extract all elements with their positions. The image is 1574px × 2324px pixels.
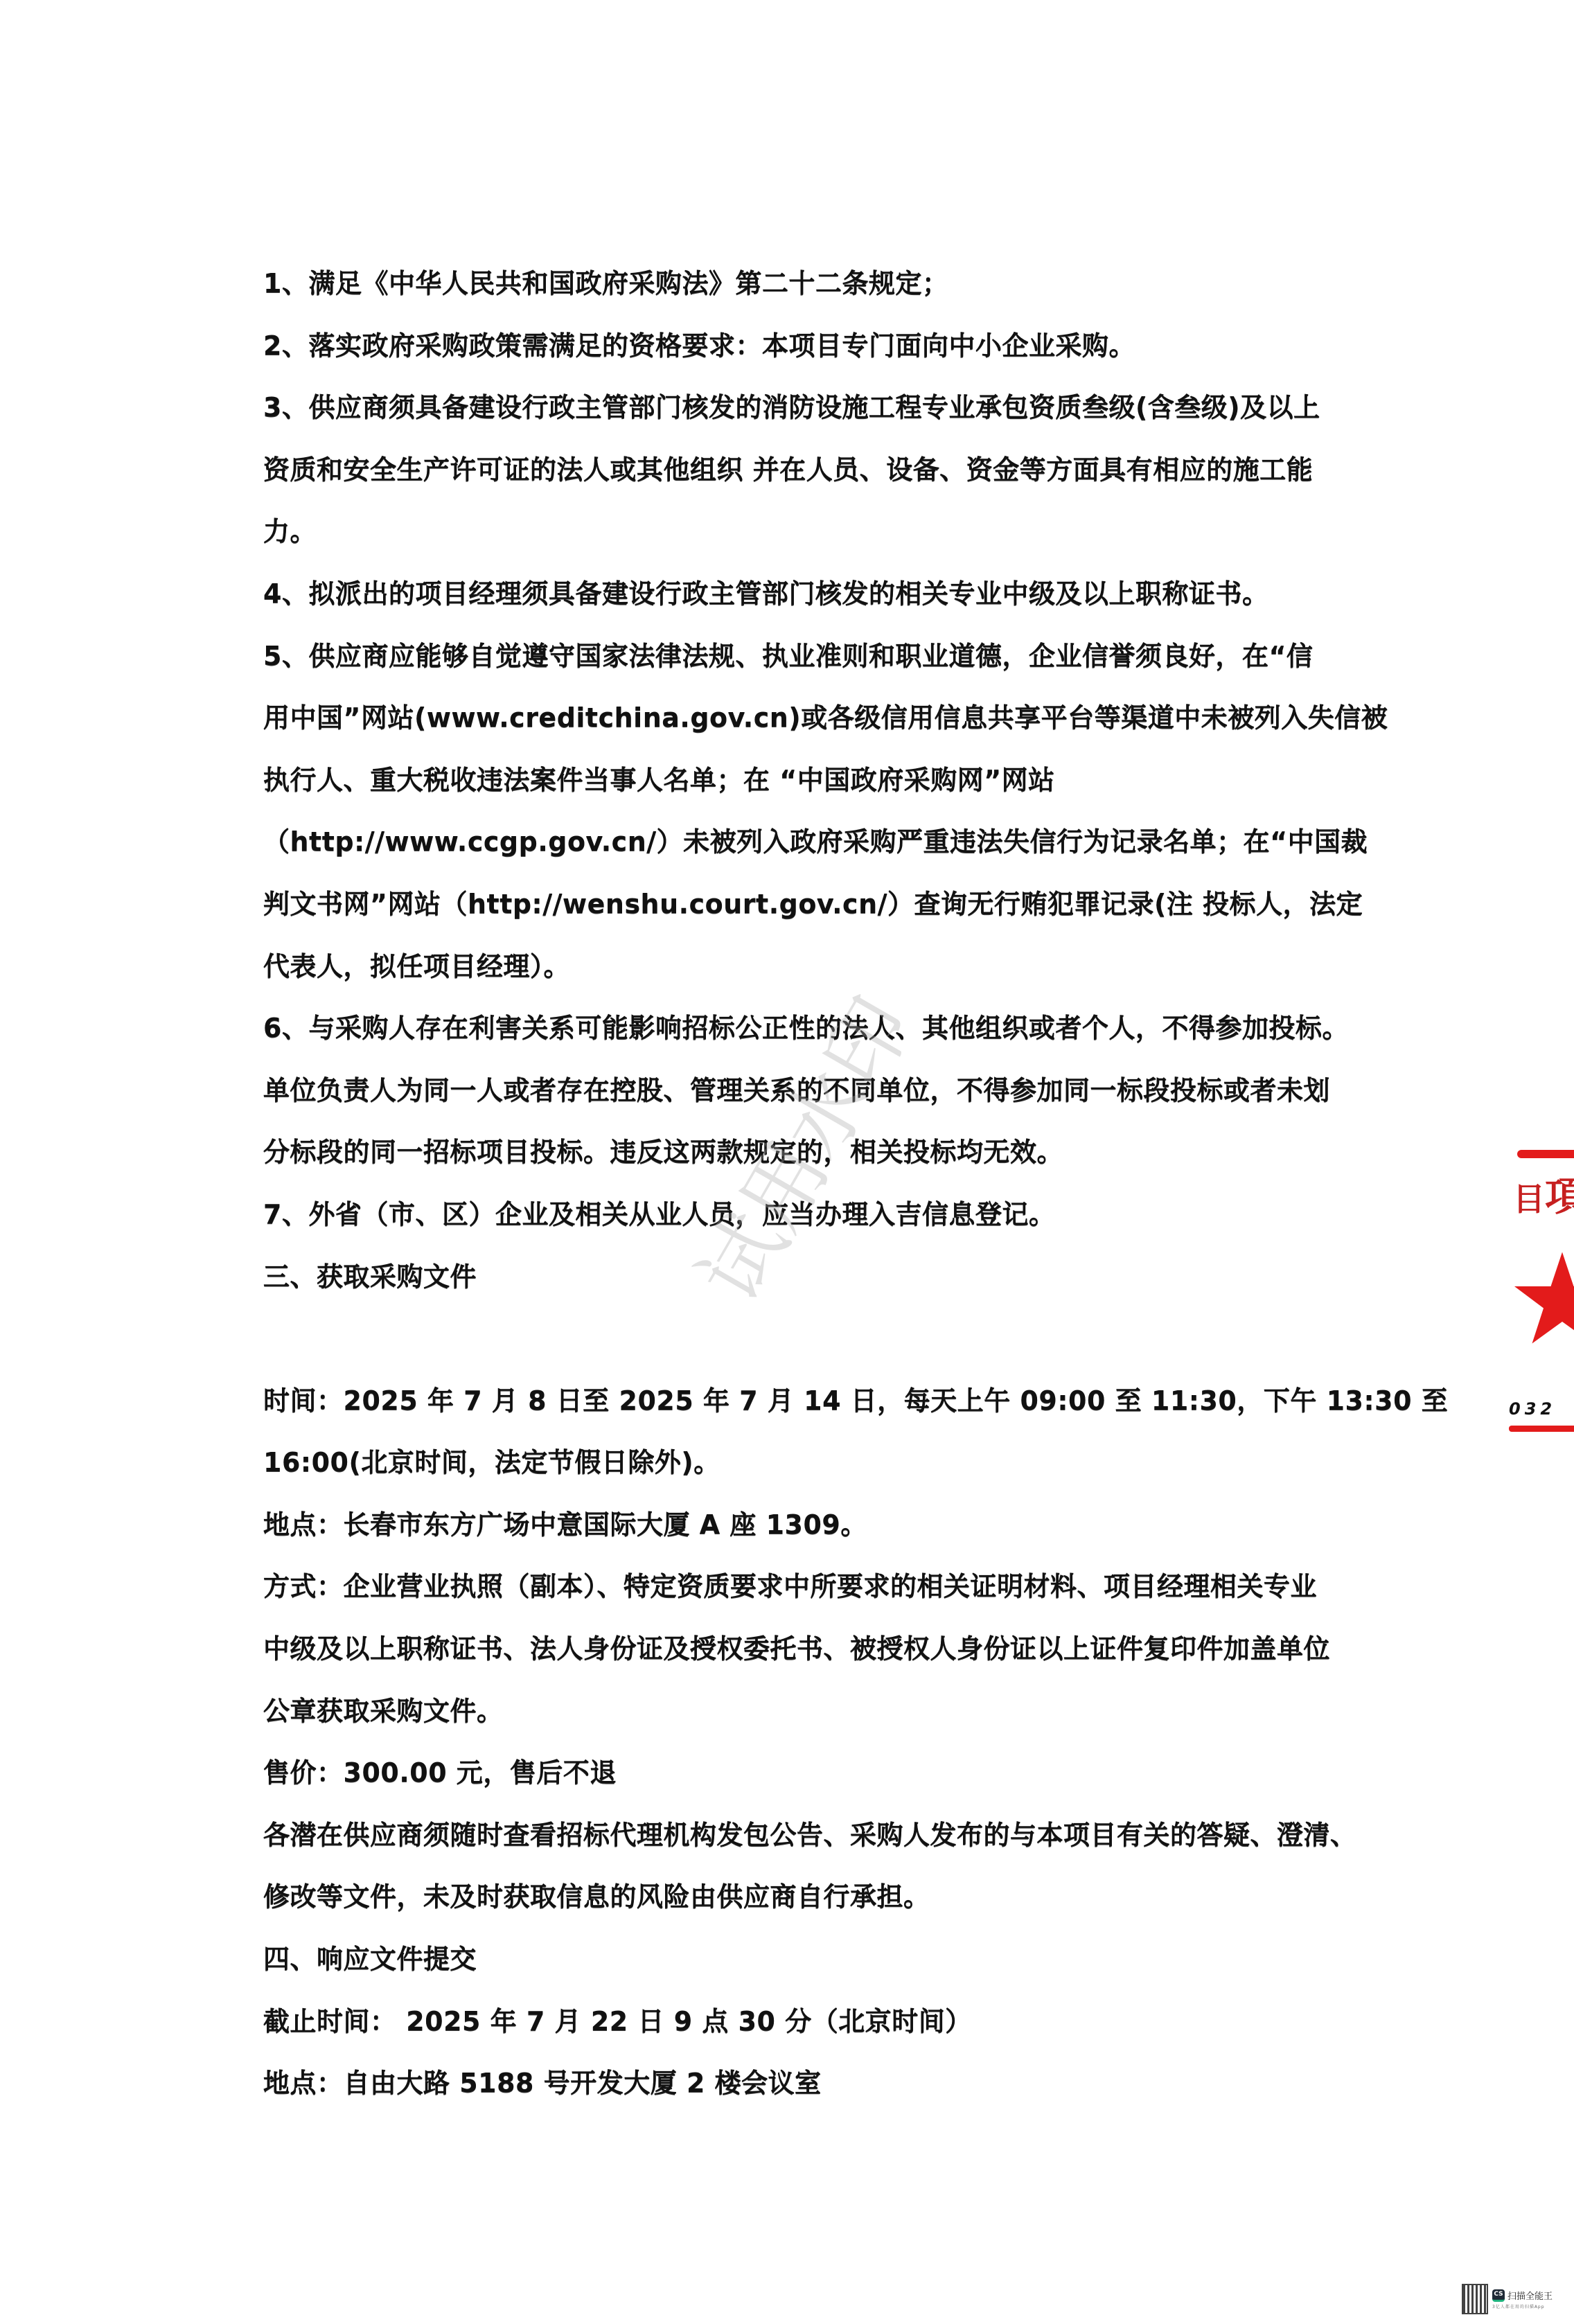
star-icon <box>1510 1247 1574 1351</box>
document-price: 售价：300.00 元，售后不退 <box>263 1742 1330 1804</box>
obtain-time-line-2: 16:00(北京时间，法定节假日除外)。 <box>263 1432 1330 1494</box>
blank-line <box>263 1308 1330 1370</box>
qualification-item-5-line-4: （http://www.ccgp.gov.cn/）未被列入政府采购严重违法失信行… <box>263 811 1330 873</box>
qualification-item-1: 1、满足《中华人民共和国政府采购法》第二十二条规定； <box>263 253 1330 315</box>
seal-text: 目項 <box>1513 1164 1574 1222</box>
camscanner-brand: CS 扫描全能王 3亿人都在用的扫描App <box>1492 2289 1553 2309</box>
qualification-item-6-line-1: 6、与采购人存在利害关系可能影响招标公正性的法人、其他组织或者个人，不得参加投标… <box>263 997 1330 1060</box>
obtain-method-line-3: 公章获取采购文件。 <box>263 1680 1330 1743</box>
camscanner-logo-icon: CS <box>1492 2289 1505 2302</box>
obtain-location: 地点：长春市东方广场中意国际大厦 A 座 1309。 <box>263 1494 1330 1556</box>
notice-line-1: 各潜在供应商须随时查看招标代理机构发包公告、采购人发布的与本项目有关的答疑、澄清… <box>263 1804 1330 1867</box>
qualification-item-6-line-2: 单位负责人为同一人或者存在控股、管理关系的不同单位，不得参加同一标段投标或者未划 <box>263 1060 1330 1122</box>
qualification-item-5-line-6: 代表人，拟任项目经理）。 <box>263 936 1330 998</box>
notice-line-2: 修改等文件，未及时获取信息的风险由供应商自行承担。 <box>263 1866 1330 1928</box>
qualification-item-5-line-5: 判文书网”网站（http://wenshu.court.gov.cn/）查询无行… <box>263 873 1330 936</box>
qualification-item-3-line-3: 力。 <box>263 501 1330 563</box>
obtain-time-line-1: 时间：2025 年 7 月 8 日至 2025 年 7 月 14 日，每天上午 … <box>263 1370 1330 1432</box>
submission-location: 地点：自由大路 5188 号开发大厦 2 楼会议室 <box>263 2052 1330 2115</box>
seal-bar-bottom <box>1509 1426 1574 1432</box>
qualification-item-3-line-1: 3、供应商须具备建设行政主管部门核发的消防设施工程专业承包资质叁级(含叁级)及以… <box>263 377 1330 439</box>
submission-deadline: 截止时间： 2025 年 7 月 22 日 9 点 30 分（北京时间） <box>263 1991 1330 2053</box>
camscanner-badge: CS 扫描全能王 3亿人都在用的扫描App <box>1462 2282 1553 2316</box>
qualification-item-6-line-3: 分标段的同一招标项目投标。违反这两款规定的，相关投标均无效。 <box>263 1121 1330 1184</box>
obtain-method-line-2: 中级及以上职称证书、法人身份证及授权委托书、被授权人身份证以上证件复印件加盖单位 <box>263 1618 1330 1680</box>
qr-code-icon <box>1462 2284 1488 2314</box>
qualification-item-5-line-1: 5、供应商应能够自觉遵守国家法律法规、执业准则和职业道德，企业信誉须良好，在“信 <box>263 626 1330 688</box>
seal-bar-top <box>1517 1150 1574 1158</box>
qualification-item-7: 7、外省（市、区）企业及相关从业人员，应当办理入吉信息登记。 <box>263 1184 1330 1246</box>
seal-number: 032 <box>1509 1399 1556 1419</box>
qualification-item-4: 4、拟派出的项目经理须具备建设行政主管部门核发的相关专业中级及以上职称证书。 <box>263 563 1330 626</box>
camscanner-tagline: 3亿人都在用的扫描App <box>1492 2303 1553 2309</box>
qualification-item-5-line-3: 执行人、重大税收违法案件当事人名单；在 “中国政府采购网”网站 <box>263 749 1330 812</box>
seal-char: 項 <box>1545 1173 1574 1220</box>
obtain-method-line-1: 方式：企业营业执照（副本）、特定资质要求中所要求的相关证明材料、项目经理相关专业 <box>263 1556 1330 1618</box>
section-heading-obtain-documents: 三、获取采购文件 <box>263 1246 1330 1309</box>
qualification-item-3-line-2: 资质和安全生产许可证的法人或其他组织 并在人员、设备、资金等方面具有相应的施工能 <box>263 439 1330 502</box>
section-heading-submission: 四、响应文件提交 <box>263 1928 1330 1991</box>
qualification-item-5-line-2: 用中国”网站(www.creditchina.gov.cn)或各级信用信息共享平… <box>263 687 1330 749</box>
red-seal-fragment: 目項 032 <box>1503 1136 1574 1496</box>
qualification-item-2: 2、落实政府采购政策需满足的资格要求：本项目专门面向中小企业采购。 <box>263 315 1330 378</box>
seal-partial-char: 目 <box>1513 1180 1545 1218</box>
camscanner-app-name: 扫描全能王 <box>1507 2289 1553 2302</box>
document-body: 1、满足《中华人民共和国政府采购法》第二十二条规定； 2、落实政府采购政策需满足… <box>263 253 1330 2115</box>
document-page: 1、满足《中华人民共和国政府采购法》第二十二条规定； 2、落实政府采购政策需满足… <box>0 0 1574 2324</box>
